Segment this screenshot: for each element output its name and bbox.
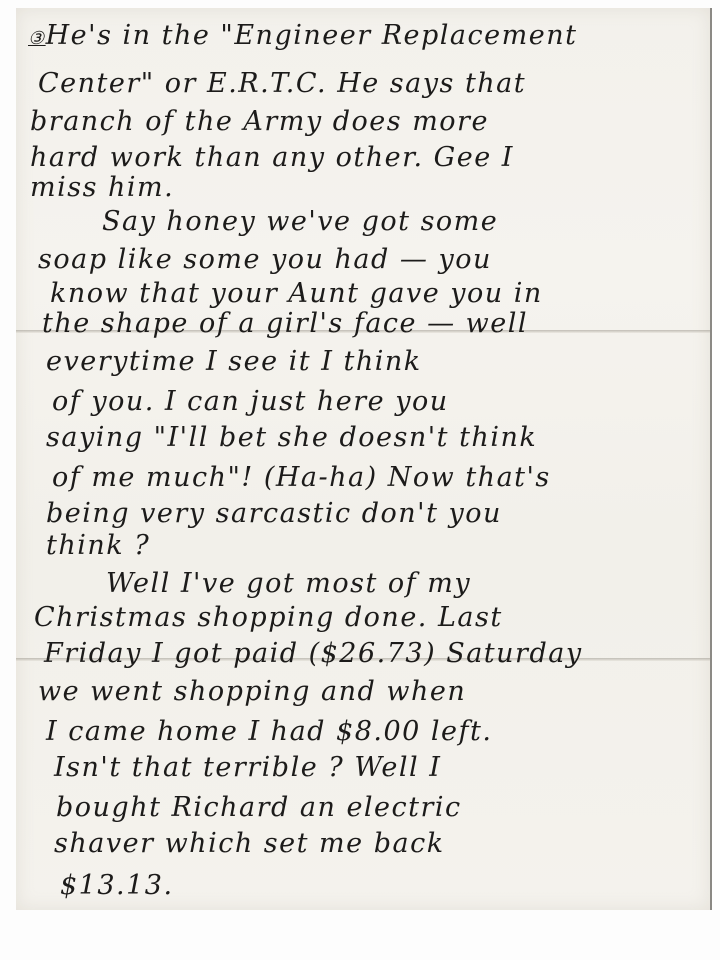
letter-line: ③He's in the "Engineer Replacement <box>28 22 577 49</box>
letter-line: Say honey we've got some <box>102 208 498 235</box>
letter-line-text: Christmas shopping done. Last <box>34 602 503 633</box>
letter-line: branch of the Army does more <box>30 108 489 135</box>
letter-line-text: Say honey we've got some <box>102 206 498 237</box>
letter-line-text: $13.13. <box>60 870 174 901</box>
letter-line-text: being very sarcastic don't you <box>46 498 502 529</box>
letter-line: bought Richard an electric <box>56 794 462 821</box>
letter-line-text: know that your Aunt gave you in <box>50 278 543 309</box>
letter-line: know that your Aunt gave you in <box>50 280 543 307</box>
letter-line-text: of me much"! (Ha-ha) Now that's <box>52 462 551 493</box>
letter-line-text: branch of the Army does more <box>30 106 489 137</box>
letter-line-text: soap like some you had — you <box>38 244 492 275</box>
letter-line-text: bought Richard an electric <box>56 792 462 823</box>
letter-line: Friday I got paid ($26.73) Saturday <box>44 640 583 667</box>
letter-line-text: hard work than any other. Gee I <box>30 142 514 173</box>
letter-line: we went shopping and when <box>38 678 466 705</box>
letter-line: Well I've got most of my <box>106 570 471 597</box>
letter-line: $13.13. <box>60 872 174 899</box>
letter-line: Center" or E.R.T.C. He says that <box>38 70 526 97</box>
letter-line-text: Friday I got paid ($26.73) Saturday <box>44 638 583 669</box>
page-number-mark: ③ <box>28 28 46 49</box>
letter-line: soap like some you had — you <box>38 246 492 273</box>
letter-line-text: Center" or E.R.T.C. He says that <box>38 68 526 99</box>
letter-line: think ? <box>46 532 150 559</box>
letter-line: of me much"! (Ha-ha) Now that's <box>52 464 551 491</box>
letter-line: hard work than any other. Gee I <box>30 144 514 171</box>
letter-line: Isn't that terrible ? Well I <box>54 754 441 781</box>
letter-line: shaver which set me back <box>54 830 445 857</box>
scanned-letter: ③He's in the "Engineer ReplacementCenter… <box>0 0 720 960</box>
letter-line-text: Isn't that terrible ? Well I <box>54 752 441 783</box>
handwritten-text-body: ③He's in the "Engineer ReplacementCenter… <box>16 8 710 910</box>
letter-line-text: the shape of a girl's face — well <box>42 308 528 339</box>
letter-line-text: saying "I'll bet she doesn't think <box>46 422 537 453</box>
letter-line: the shape of a girl's face — well <box>42 310 528 337</box>
letter-line-text: of you. I can just here you <box>52 386 449 417</box>
letter-line: everytime I see it I think <box>46 348 422 375</box>
letter-line-text: we went shopping and when <box>38 676 466 707</box>
letter-line-text: think ? <box>46 530 150 561</box>
letter-line-text: I came home I had $8.00 left. <box>46 716 492 747</box>
letter-line-text: miss him. <box>30 172 174 203</box>
letter-line-text: shaver which set me back <box>54 828 445 859</box>
letter-line: being very sarcastic don't you <box>46 500 502 527</box>
letter-line-text: Well I've got most of my <box>106 568 471 599</box>
letter-line-text: He's in the "Engineer Replacement <box>46 20 578 51</box>
letter-line: Christmas shopping done. Last <box>34 604 503 631</box>
letter-line: saying "I'll bet she doesn't think <box>46 424 537 451</box>
letter-line: I came home I had $8.00 left. <box>46 718 492 745</box>
letter-line-text: everytime I see it I think <box>46 346 422 377</box>
letter-line: of you. I can just here you <box>52 388 449 415</box>
letter-paper: ③He's in the "Engineer ReplacementCenter… <box>16 8 712 910</box>
letter-line: miss him. <box>30 174 174 201</box>
